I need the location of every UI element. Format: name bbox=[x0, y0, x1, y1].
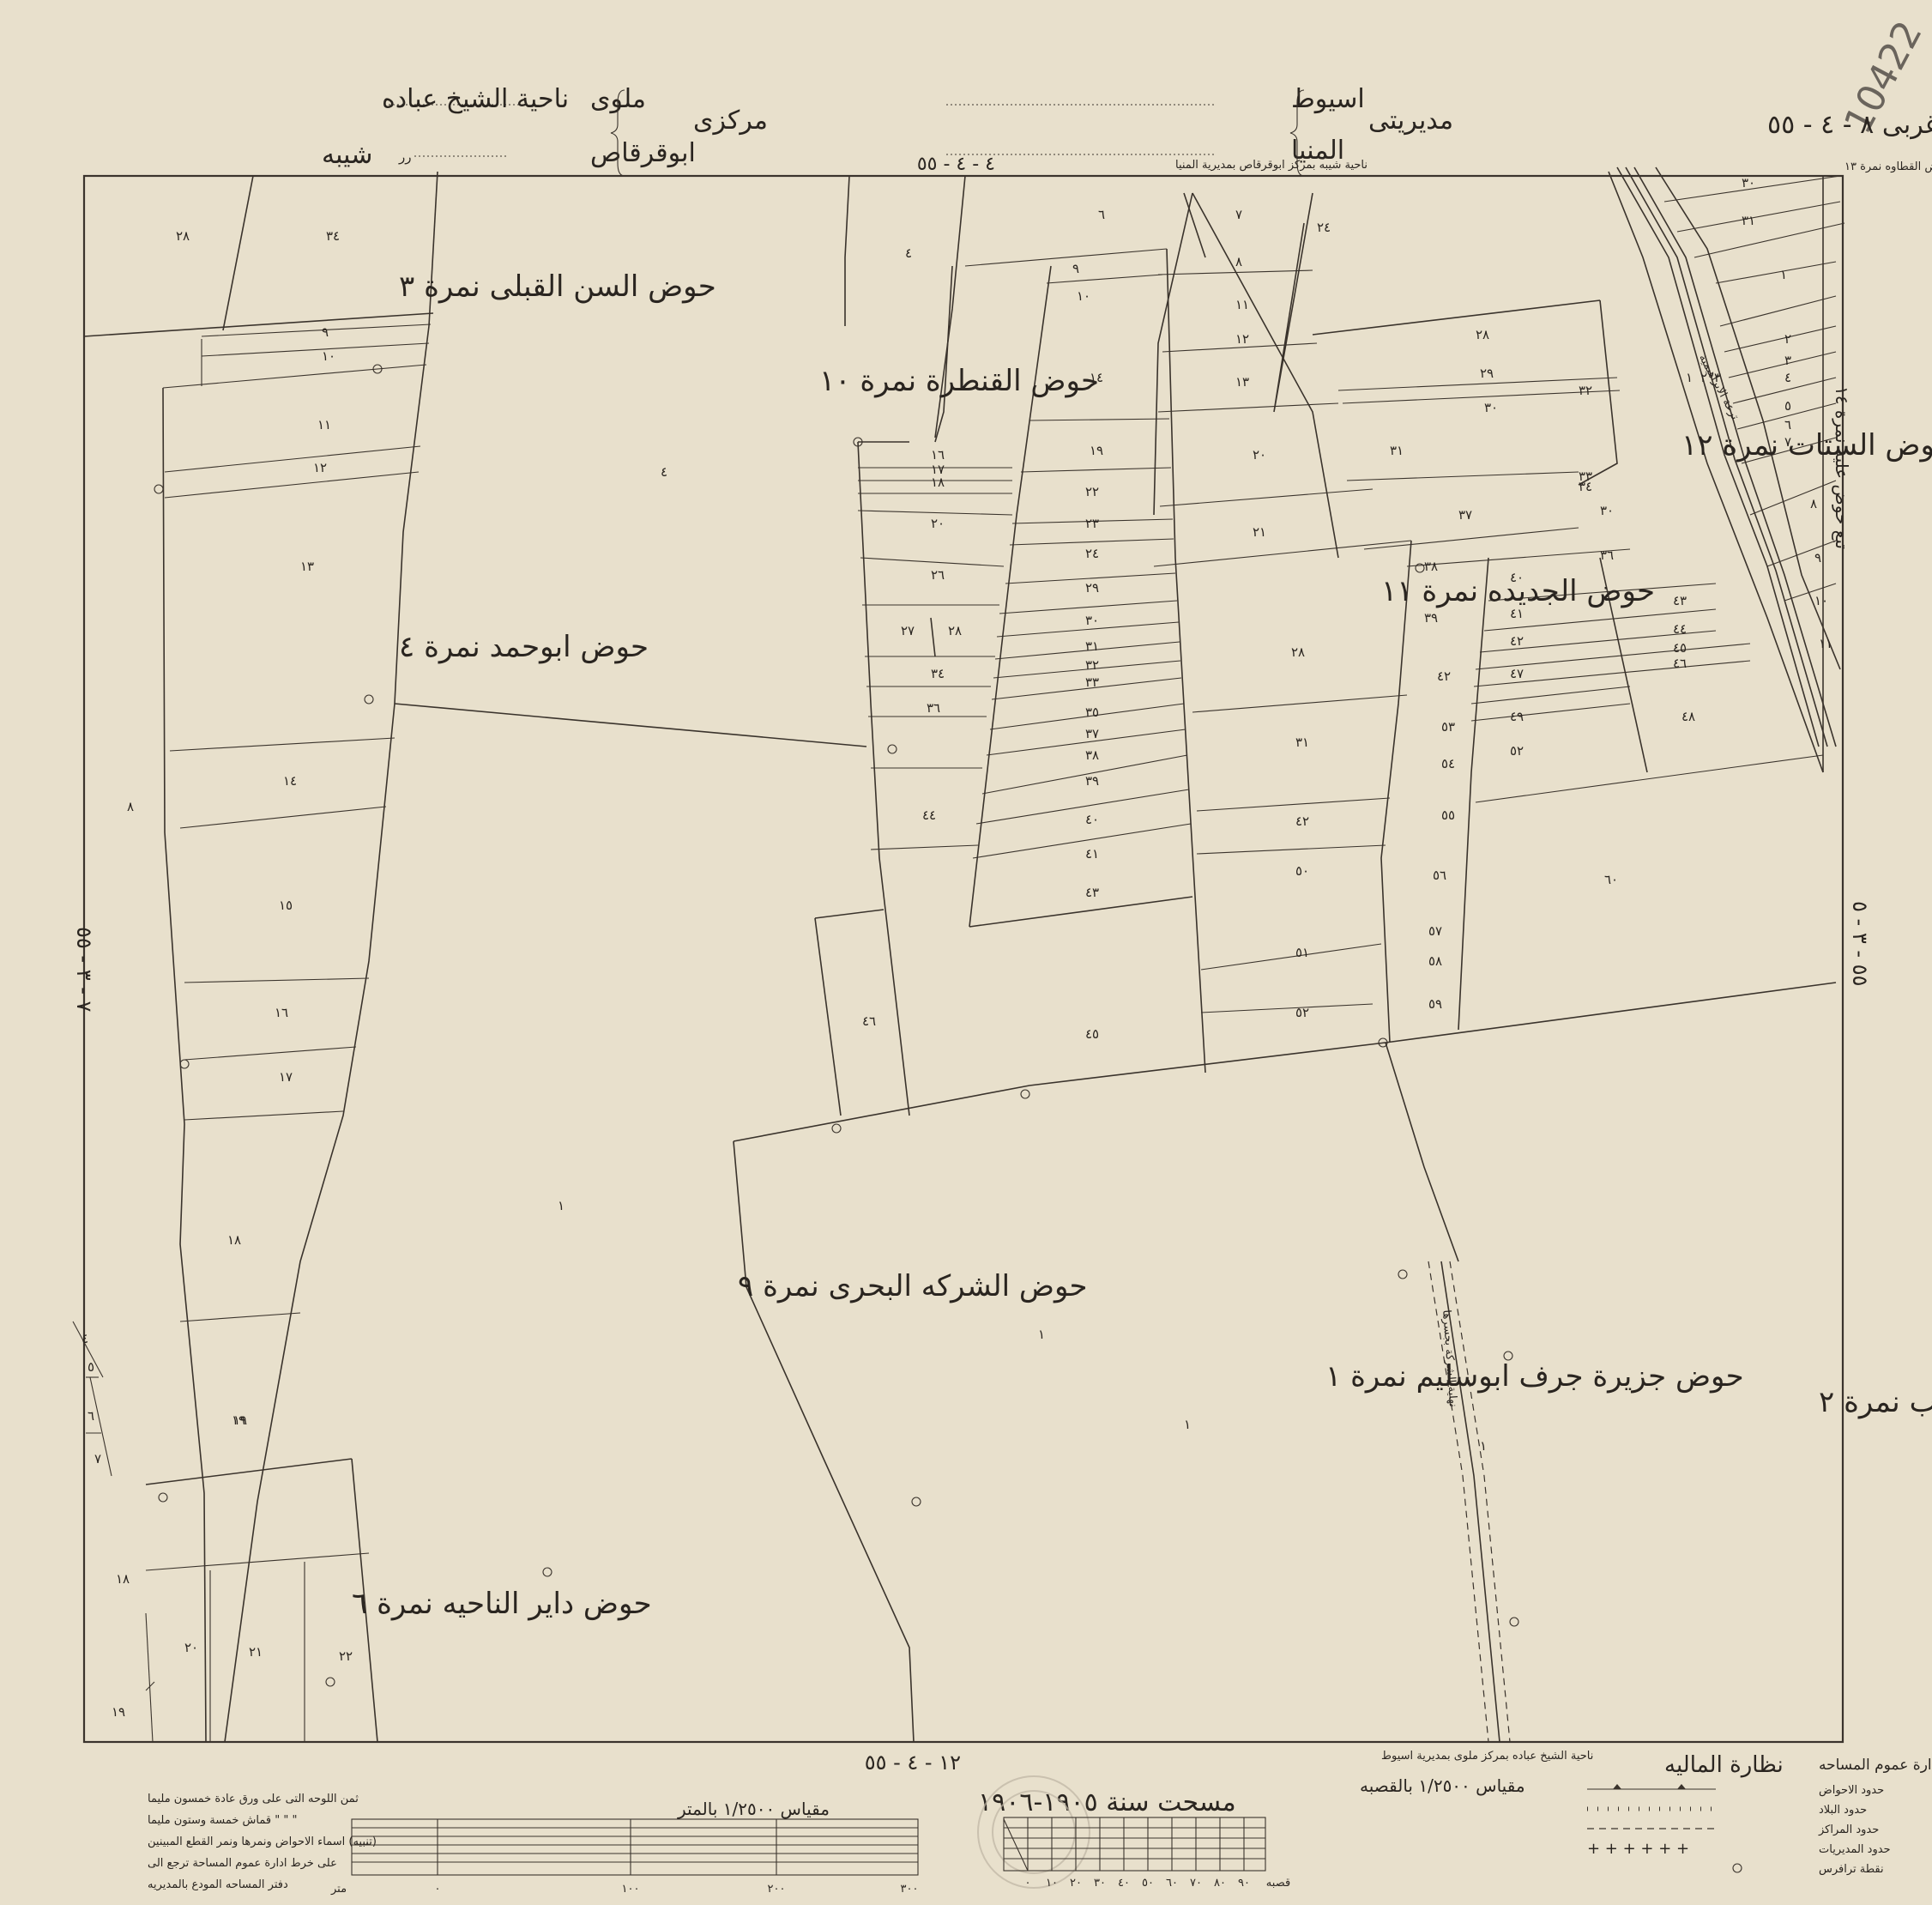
svg-text:٨: ٨ bbox=[1235, 254, 1242, 269]
svg-text:حدود المديريات: حدود المديريات bbox=[1819, 1843, 1891, 1856]
svg-text:١٣: ١٣ bbox=[1235, 374, 1249, 390]
svg-text:٣٧: ٣٧ bbox=[1085, 726, 1099, 741]
svg-text:٣٠: ٣٠ bbox=[1094, 1877, 1106, 1890]
svg-text:٤٦: ٤٦ bbox=[1673, 656, 1687, 671]
svg-text:٥٢: ٥٢ bbox=[1510, 743, 1524, 759]
svg-text:٧: ٧ bbox=[1784, 434, 1791, 450]
svg-text:٢١: ٢١ bbox=[1253, 524, 1266, 540]
top-edge-ref: ٤ - ٤ - ٥٥ bbox=[917, 154, 995, 175]
svg-text:٦٠: ٦٠ bbox=[1166, 1877, 1178, 1890]
basin-label: حوض الستات نمرة ١٢ bbox=[1681, 428, 1932, 463]
sheet-reference: جنوب غربى ٨ - ٤ - ٥٥ bbox=[1767, 110, 1932, 140]
svg-text:٣٢: ٣٢ bbox=[1579, 383, 1592, 398]
traverse-point-icon bbox=[1733, 1864, 1742, 1872]
svg-text:٤٠: ٤٠ bbox=[1085, 812, 1099, 827]
svg-text:٧٠: ٧٠ bbox=[1190, 1877, 1202, 1890]
svg-text:١: ١ bbox=[1686, 370, 1693, 385]
svg-text:٤٣: ٤٣ bbox=[1085, 885, 1099, 900]
nahia-shibba: شيبه bbox=[322, 140, 372, 170]
svg-text:٣٧: ٣٧ bbox=[1458, 507, 1472, 523]
svg-text:٣٠٠: ٣٠٠ bbox=[901, 1883, 919, 1896]
svg-text:١: ١ bbox=[1780, 267, 1787, 282]
svg-text:٢٣: ٢٣ bbox=[1085, 516, 1099, 531]
svg-text:١٤: ١٤ bbox=[1090, 370, 1103, 385]
svg-text:١٢: ١٢ bbox=[1235, 331, 1249, 347]
svg-text:١٠: ١٠ bbox=[322, 348, 335, 364]
svg-text:٣٦: ٣٦ bbox=[927, 700, 940, 716]
svg-text:مقياس ١/٢٥٠٠ بالقصبه: مقياس ١/٢٥٠٠ بالقصبه bbox=[1360, 1775, 1525, 1796]
svg-text:٤٩: ٤٩ bbox=[1510, 709, 1524, 724]
svg-text:٣١: ٣١ bbox=[1085, 638, 1099, 654]
svg-text:٢٩: ٢٩ bbox=[1480, 366, 1494, 381]
price-note: ثمن اللوحه التى على ورق عادة خمسون مليما… bbox=[148, 1793, 377, 1891]
svg-text:٦٠: ٦٠ bbox=[1604, 872, 1618, 887]
svg-text:٣٤: ٣٤ bbox=[326, 228, 340, 244]
svg-text:٩: ٩ bbox=[322, 324, 329, 340]
svg-text:نقطة ترافرس: نقطة ترافرس bbox=[1819, 1863, 1884, 1876]
svg-text:٣٠: ٣٠ bbox=[1742, 175, 1755, 190]
svg-text:١٠: ١٠ bbox=[1046, 1877, 1058, 1890]
agency-label: ادارة عموم المساحه bbox=[1819, 1757, 1932, 1774]
svg-text:٣٠: ٣٠ bbox=[1484, 400, 1498, 415]
svg-text:٤٥: ٤٥ bbox=[1085, 1026, 1099, 1042]
svg-text:١٣: ١٣ bbox=[300, 559, 314, 574]
svg-text:٤١: ٤١ bbox=[1510, 606, 1524, 621]
svg-text:٤٤: ٤٤ bbox=[922, 807, 936, 823]
svg-text:٢٠: ٢٠ bbox=[184, 1640, 198, 1655]
svg-text:٢٨: ٢٨ bbox=[176, 228, 190, 244]
svg-text:٢٤: ٢٤ bbox=[1317, 220, 1331, 235]
svg-text:٥٦: ٥٦ bbox=[1433, 868, 1446, 883]
svg-text:٣٠: ٣٠ bbox=[1600, 503, 1614, 518]
svg-text:٢٩: ٢٩ bbox=[1085, 580, 1099, 596]
svg-text:٢٠: ٢٠ bbox=[931, 516, 945, 531]
svg-text:١٦: ١٦ bbox=[275, 1005, 288, 1020]
svg-text:٣٨: ٣٨ bbox=[1424, 559, 1438, 574]
svg-text:ثمن اللوحه التى على ورق عادة خ: ثمن اللوحه التى على ورق عادة خمسون مليما bbox=[148, 1793, 359, 1805]
svg-text:٢٨: ٢٨ bbox=[1476, 327, 1489, 342]
svg-text:٥: ٥ bbox=[88, 1359, 94, 1375]
svg-text:٥٥: ٥٥ bbox=[1441, 807, 1455, 823]
svg-text:٥٠: ٥٠ bbox=[1142, 1877, 1154, 1890]
svg-text:٣٤: ٣٤ bbox=[1579, 479, 1592, 494]
svg-text:٤٠: ٤٠ bbox=[1118, 1877, 1130, 1890]
svg-text:٢٠٠: ٢٠٠ bbox=[768, 1883, 786, 1896]
svg-text:٣٩: ٣٩ bbox=[1085, 773, 1099, 789]
nahia-sheikh-abada: ناحية الشيخ عباده bbox=[382, 84, 569, 114]
mudiriya-asyut: اسيوط bbox=[1291, 84, 1365, 114]
svg-text:٤٨: ٤٨ bbox=[1681, 709, 1695, 724]
svg-text:٢: ٢ bbox=[1784, 331, 1791, 347]
svg-text:٥٧: ٥٧ bbox=[1428, 923, 1442, 939]
svg-text:٤: ٤ bbox=[82, 1331, 88, 1346]
svg-text:٨: ٨ bbox=[1810, 496, 1817, 511]
svg-text:٤٤: ٤٤ bbox=[1673, 621, 1687, 637]
svg-text:٤٥: ٤٥ bbox=[1673, 640, 1687, 656]
svg-text:٤٢: ٤٢ bbox=[1510, 633, 1524, 649]
svg-text:١٠: ١٠ bbox=[1814, 593, 1828, 608]
mudiriya-label: مديريتى bbox=[1368, 106, 1453, 136]
svg-text:حدود الاحواض: حدود الاحواض bbox=[1819, 1784, 1884, 1797]
svg-text:١: ١ bbox=[1038, 1327, 1045, 1342]
svg-text:٢٤: ٢٤ bbox=[1085, 546, 1099, 561]
left-edge-ref: ٧ - ٣ - ٥٥ bbox=[72, 927, 96, 1013]
svg-text:٤٦: ٤٦ bbox=[862, 1013, 876, 1029]
svg-text:رر: رر bbox=[398, 149, 412, 165]
svg-text:٢٦: ٢٦ bbox=[931, 567, 945, 583]
svg-text:١: ١ bbox=[1480, 1438, 1487, 1454]
svg-text:٧: ٧ bbox=[94, 1451, 101, 1467]
svg-text:١٨: ١٨ bbox=[227, 1232, 241, 1248]
svg-text:١٥: ١٥ bbox=[279, 898, 293, 913]
svg-text:٤٧: ٤٧ bbox=[1510, 666, 1524, 681]
svg-text:٣٦: ٣٦ bbox=[1600, 547, 1614, 563]
svg-text:١: ١ bbox=[1184, 1417, 1191, 1432]
svg-text:٢٨: ٢٨ bbox=[948, 623, 962, 638]
basin-label: حوض داير الناحيه نمرة ٦ bbox=[352, 1587, 652, 1621]
basin-label: حوض الشركه البحرى نمرة ٩ bbox=[738, 1269, 1088, 1303]
right-edge-ref: ٥٥ - ٣ - ٥ bbox=[1848, 901, 1872, 986]
svg-text:٦: ٦ bbox=[1784, 417, 1791, 432]
svg-text:١٠٠: ١٠٠ bbox=[622, 1883, 640, 1896]
svg-text:٥٢: ٥٢ bbox=[1295, 1005, 1309, 1020]
svg-text:٤٠: ٤٠ bbox=[1510, 570, 1524, 585]
top-right-neighbor-label: تبع حوض القطاوه نمرة ١٣ bbox=[1844, 160, 1932, 173]
svg-text:١٩: ١٩ bbox=[112, 1704, 125, 1720]
bottom-neighbor-label: ناحية الشيخ عباده بمركز ملوى بمديرية اسي… bbox=[1381, 1750, 1593, 1763]
svg-text:" " " قماش خمسة وستون مل: " " " قماش خمسة وستون مليما bbox=[148, 1814, 297, 1827]
svg-text:١٤: ١٤ bbox=[283, 773, 297, 789]
svg-text:٢١: ٢١ bbox=[249, 1644, 263, 1660]
svg-text:٤٣: ٤٣ bbox=[1673, 593, 1687, 608]
svg-text:٣٩: ٣٩ bbox=[1424, 610, 1438, 626]
markaz-label: مركزى bbox=[693, 106, 768, 136]
svg-text:٨: ٨ bbox=[127, 799, 134, 814]
svg-text:٢٠: ٢٠ bbox=[1070, 1877, 1082, 1890]
svg-text:٩: ٩ bbox=[1072, 261, 1079, 276]
svg-text:١٨: ١٨ bbox=[116, 1571, 130, 1587]
svg-text:١٢: ١٢ bbox=[313, 460, 327, 475]
top-neighbor-label: ناحية شيبه بمركز ابوقرقاص بمديرية المنيا bbox=[1175, 159, 1367, 172]
svg-text:١٨: ١٨ bbox=[931, 475, 945, 490]
svg-text:٣٣: ٣٣ bbox=[1085, 674, 1099, 690]
svg-text:٧: ٧ bbox=[1235, 207, 1242, 222]
svg-text:٣٥: ٣٥ bbox=[1085, 705, 1099, 720]
basin-label: حوض جزيرة غيط القصب نمرة ٢ bbox=[1819, 1385, 1932, 1419]
svg-text:٠: ٠ bbox=[1025, 1877, 1031, 1890]
svg-text:٣١: ٣١ bbox=[1742, 213, 1755, 228]
canal-label: ترعة الابراهيمية bbox=[1696, 352, 1742, 422]
bottom-edge-ref: ١٢ - ٤ - ٥٥ bbox=[865, 1751, 961, 1775]
svg-text:+ + + + + +: + + + + + + bbox=[1587, 1840, 1689, 1858]
svg-text:١٧: ١٧ bbox=[279, 1069, 293, 1085]
svg-text:٤: ٤ bbox=[905, 245, 912, 261]
svg-text:٢٠: ٢٠ bbox=[1253, 447, 1266, 463]
basin-labels: حوض السن القبلى نمرة ٣ حوض القنطرة نمرة … bbox=[352, 269, 1932, 1621]
svg-text:٥٨: ٥٨ bbox=[1428, 953, 1442, 969]
svg-text:٢٨: ٢٨ bbox=[1291, 644, 1305, 660]
svg-text:حدود المراكز: حدود المراكز bbox=[1818, 1823, 1879, 1836]
svg-text:١: ١ bbox=[558, 1198, 565, 1213]
svg-text:٣١: ٣١ bbox=[1295, 735, 1309, 750]
svg-text:٤: ٤ bbox=[1784, 370, 1791, 385]
svg-text:٥٣: ٥٣ bbox=[1441, 719, 1455, 735]
svg-text:٣٤: ٣٤ bbox=[931, 666, 945, 681]
svg-text:٢٢: ٢٢ bbox=[1085, 484, 1099, 499]
markaz-abu-qurqas: ابوقرقاص bbox=[590, 138, 696, 168]
svg-text:٣: ٣ bbox=[1784, 353, 1791, 368]
right-neighbor-label: تبع حوض عليه نمرة ١٤ bbox=[1832, 386, 1852, 549]
ministry-label: نظارة الماليه bbox=[1664, 1752, 1784, 1778]
svg-text:٣٨: ٣٨ bbox=[1085, 747, 1099, 763]
svg-text:١٩: ١٩ bbox=[233, 1412, 247, 1428]
svg-text:٤١: ٤١ bbox=[1085, 846, 1099, 862]
svg-text:٥: ٥ bbox=[1784, 398, 1791, 414]
svg-text:١١: ١١ bbox=[1819, 636, 1832, 651]
parcel-boundaries bbox=[73, 167, 1844, 1742]
svg-text:١٠: ١٠ bbox=[1077, 288, 1090, 304]
svg-text:٣٠: ٣٠ bbox=[1085, 613, 1099, 628]
svg-text:حدود البلاد: حدود البلاد bbox=[1819, 1804, 1867, 1817]
svg-text:على خرط ادارة عموم المساحة ترج: على خرط ادارة عموم المساحة ترجع الى bbox=[148, 1857, 337, 1870]
basin-label: حوض القنطرة نمرة ١٠ bbox=[819, 364, 1099, 398]
basin-label: حوض جزيرة جرف ابوسليم نمرة ١ bbox=[1325, 1359, 1744, 1394]
svg-text:متر: متر bbox=[330, 1883, 347, 1896]
svg-text:٨٠: ٨٠ bbox=[1214, 1877, 1226, 1890]
basin-label: حوض ابوحمد نمرة ٤ bbox=[399, 630, 649, 664]
basin-label: حوض السن القبلى نمرة ٣ bbox=[399, 269, 716, 304]
svg-text:٠: ٠ bbox=[435, 1883, 441, 1896]
svg-text:دفتر المساحه المودع بالمديريه: دفتر المساحه المودع بالمديريه bbox=[148, 1878, 288, 1891]
svg-text:٣١: ٣١ bbox=[1390, 443, 1404, 458]
svg-text:٦: ٦ bbox=[88, 1408, 94, 1424]
svg-text:٦: ٦ bbox=[1098, 207, 1105, 222]
svg-text:قصبه: قصبه bbox=[1266, 1877, 1290, 1890]
svg-text:٤٢: ٤٢ bbox=[1437, 668, 1451, 684]
svg-text:٩٠: ٩٠ bbox=[1238, 1877, 1250, 1890]
svg-text:٣٢: ٣٢ bbox=[1085, 657, 1099, 673]
svg-text:١٦: ١٦ bbox=[931, 447, 945, 463]
cadastral-map-sheet: 10422 جنوب غربى ٨ - ٤ - ٥٥ مديريتى اسيوط… bbox=[0, 0, 1932, 1905]
svg-text:٢٧: ٢٧ bbox=[901, 623, 915, 638]
header: جنوب غربى ٨ - ٤ - ٥٥ مديريتى اسيوط المني… bbox=[322, 84, 1932, 176]
svg-text:٤: ٤ bbox=[661, 464, 667, 480]
map-canvas: 10422 جنوب غربى ٨ - ٤ - ٥٥ مديريتى اسيوط… bbox=[0, 0, 1932, 1905]
survey-year: مسحت سنة ١٩٠٥-١٩٠٦ bbox=[978, 1787, 1236, 1817]
svg-text:٥٠: ٥٠ bbox=[1295, 863, 1309, 879]
svg-text:٤٢: ٤٢ bbox=[1295, 813, 1309, 829]
svg-text:١١: ١١ bbox=[1235, 297, 1249, 312]
svg-text:١٩: ١٩ bbox=[1090, 443, 1103, 458]
map-frame bbox=[84, 176, 1843, 1742]
legend: ادارة عموم المساحه نظارة الماليه حدود ال… bbox=[1587, 1752, 1932, 1876]
svg-text:مقياس ١/٢٥٠٠ بالمتر: مقياس ١/٢٥٠٠ بالمتر bbox=[677, 1799, 830, 1819]
svg-text:٩: ٩ bbox=[1814, 550, 1821, 565]
svg-text:٥١: ٥١ bbox=[1295, 945, 1309, 960]
svg-text:٥٤: ٥٤ bbox=[1441, 756, 1455, 771]
scale-bar-meters: مقياس ١/٢٥٠٠ بالمتر ٠ ١٠٠ ٢٠٠ ٣٠٠ متر bbox=[330, 1799, 919, 1896]
parcel-numbers: ٢٨ ٣٤ ٩ ١٠ ١١ ١٢ ١٣ ١٤ ١٥ ١٦ ١٧ ١٨ ١٩ ٨ … bbox=[82, 175, 1832, 1720]
svg-text:(تنبيه) اسماء الاحواض ونمرها و: (تنبيه) اسماء الاحواض ونمرها ونمر القطع … bbox=[148, 1835, 377, 1848]
svg-text:٢٢: ٢٢ bbox=[339, 1648, 353, 1664]
svg-text:١١: ١١ bbox=[317, 417, 331, 432]
svg-text:٥٩: ٥٩ bbox=[1428, 996, 1442, 1012]
